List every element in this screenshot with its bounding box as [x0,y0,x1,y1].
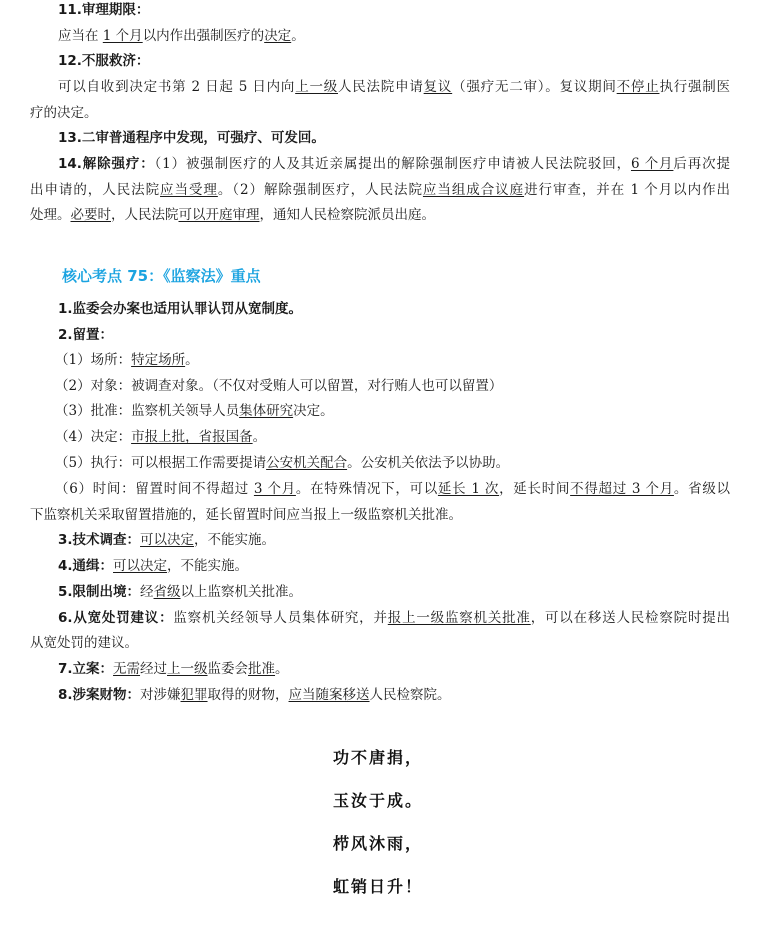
poem-line-4: 虹销日升！ [333,874,423,897]
item-14-line1: 14.解除强疗：（1）被强制医疗的人及其近亲属提出的解除强制医疗申请被人民法院驳… [58,154,730,174]
item-14-line2: 出申请的，人民法院应当受理。（2）解除强制医疗，人民法院应当组成合议庭进行审查，… [30,180,730,200]
sub-item-2: （2）对象：被调查对象。（不仅对受贿人可以留置，对行贿人也可以留置） [55,376,727,396]
sub-item-6-line1: （6）时间：留置时间不得超过 3 个月。在特殊情况下，可以延长 1 次，延长时间… [55,479,730,499]
item-7: 7.立案：无需经过上一级监委会批准。 [58,659,730,679]
item-3: 3.技术调查：可以决定，不能实施。 [58,530,730,550]
sub-item-3: （3）批准：监察机关领导人员集体研究决定。 [55,401,727,421]
poem-line-1: 功不唐捐， [333,745,423,768]
item-6-line2: 从宽处罚的建议。 [30,633,730,653]
poem-line-3: 栉风沐雨， [333,831,423,854]
section-heading: 核心考点 75：《监察法》重点 [62,265,261,286]
item-12-text-line2: 疗的决定。 [30,103,730,123]
item-12-title: 12.不服救济： [58,51,730,71]
item-14-line3: 处理。必要时，人民法院可以开庭审理，通知人民检察院派员出庭。 [30,205,730,225]
item-11-text: 应当在 1 个月以内作出强制医疗的决定。 [58,26,730,46]
sub-item-4: （4）决定：市报上批，省报国备。 [55,427,727,447]
item-2-title: 2.留置： [58,325,730,345]
sub-item-1: （1）场所：特定场所。 [55,350,727,370]
item-4: 4.通缉：可以决定，不能实施。 [58,556,730,576]
item-6-line1: 6.从宽处罚建议：监察机关经领导人员集体研究，并报上一级监察机关批准，可以在移送… [58,608,730,628]
poem-line-2: 玉汝于成。 [333,788,423,811]
item-11-title: 11.审理期限： [58,0,730,20]
sub-item-6-line2: 下监察机关采取留置措施的，延长留置时间应当报上一级监察机关批准。 [30,505,730,525]
item-5: 5.限制出境：经省级以上监察机关批准。 [58,582,730,602]
item-8: 8.涉案财物：对涉嫌犯罪取得的财物，应当随案移送人民检察院。 [58,685,730,705]
item-12-text-line1: 可以自收到决定书第 2 日起 5 日内向上一级人民法院申请复议（强疗无二审）。复… [58,77,730,97]
sub-item-5: （5）执行：可以根据工作需要提请公安机关配合。公安机关依法予以协助。 [55,453,727,473]
item-13-title: 13.二审普通程序中发现，可强疗、可发回。 [58,128,730,148]
item-1: 1.监委会办案也适用认罪认罚从宽制度。 [58,299,730,319]
